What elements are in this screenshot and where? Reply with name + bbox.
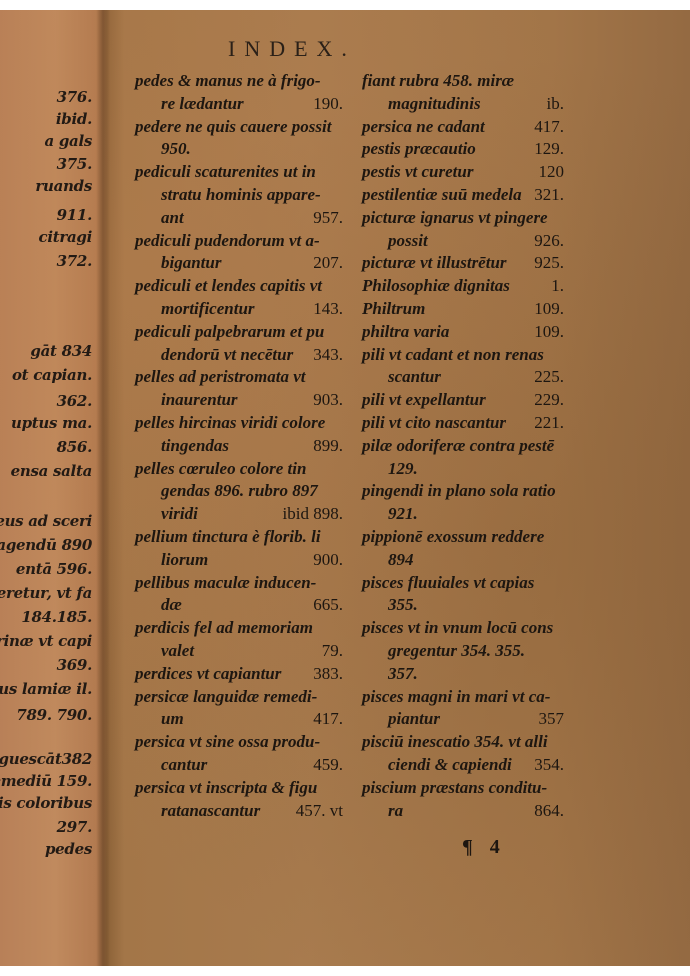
index-term: mortificentur (161, 298, 255, 321)
index-entry: philtra varia109. (362, 321, 564, 344)
page-reference: 900. (313, 549, 343, 572)
index-term: pippionē exossum reddere (362, 526, 544, 549)
page-reference: 903. (313, 389, 343, 412)
index-line: persica vt sine ossa produ- (135, 731, 343, 754)
left-page-fragment: 372. (57, 252, 92, 270)
index-line: persica ne cadant417. (362, 116, 564, 139)
index-term: pediculi pudendorum vt a- (135, 230, 320, 253)
index-line: gregentur 354. 355. (362, 640, 564, 663)
left-page-fragment: 369. (57, 656, 92, 674)
left-page-fragment: 184.185. (21, 608, 92, 626)
index-term: 355. (388, 594, 418, 617)
index-line: pelles ad peristromata vt (135, 366, 343, 389)
index-line: ra864. (362, 800, 564, 823)
left-page-fragment: rinæ vt capi (0, 632, 92, 650)
index-term: piscium præstans conditu- (362, 777, 547, 800)
left-page-fragment: ruands (35, 177, 92, 195)
page-reference: 225. (534, 366, 564, 389)
index-term: pediculi palpebrarum et pu (135, 321, 324, 344)
index-entry: pediculi pudendorum vt a-bigantur207. (135, 230, 343, 276)
page-reference: 665. (313, 594, 343, 617)
index-term: tingendas (161, 435, 229, 458)
index-entry: persicæ languidæ remedi-um417. (135, 686, 343, 732)
left-page-fragment: ibid. (56, 110, 92, 128)
index-term: pediculi scaturenites ut in (135, 161, 316, 184)
index-term: um (161, 708, 184, 731)
index-term: perdicis fel ad memoriam (135, 617, 313, 640)
index-line: pediculi pudendorum vt a- (135, 230, 343, 253)
book-scan: 376.ibid.a gals375.ruands911.citragi372.… (0, 10, 690, 966)
index-entry: persica vt sine ossa produ-cantur459. (135, 731, 343, 777)
page-reference: ib. (547, 93, 564, 116)
index-entry: pili vt cito nascantur221. (362, 412, 564, 435)
index-line: pestis præcautio129. (362, 138, 564, 161)
index-entry: Philosophiæ dignitas1. (362, 275, 564, 298)
page-header: INDEX. (228, 36, 356, 62)
index-entry: pili vt cadant et non renasscantur225. (362, 344, 564, 390)
index-term: persicæ languidæ remedi- (135, 686, 317, 709)
index-term: ratanascantur (161, 800, 260, 823)
index-term: 129. (388, 458, 418, 481)
index-term: bigantur (161, 252, 221, 275)
index-term: 950. (161, 138, 191, 161)
index-line: pediculi palpebrarum et pu (135, 321, 343, 344)
page-reference: 190. (313, 93, 343, 116)
index-entry: pelles ad peristromata vtinaurentur903. (135, 366, 343, 412)
index-term: pili vt cito nascantur (362, 412, 506, 435)
index-term: philtra varia (362, 321, 449, 344)
index-term: scantur (388, 366, 441, 389)
left-page-fragment: ibus lamiæ il. (0, 680, 92, 698)
index-line: pili vt cito nascantur221. (362, 412, 564, 435)
index-line: mortificentur143. (135, 298, 343, 321)
index-term: pestis præcautio (362, 138, 476, 161)
index-term: picturæ vt illustrētur (362, 252, 507, 275)
index-line: pedes & manus ne à frigo- (135, 70, 343, 93)
index-entry: picturæ ignarus vt pingerepossit926. (362, 207, 564, 253)
index-line: scantur225. (362, 366, 564, 389)
index-term: stratu hominis appare- (161, 184, 321, 207)
left-page-fragment: ersis coloribus (0, 794, 92, 812)
index-line: tingendas899. (135, 435, 343, 458)
index-line: philtra varia109. (362, 321, 564, 344)
index-term: dæ (161, 594, 182, 617)
index-entry: pediculi et lendes capitis vtmortificent… (135, 275, 343, 321)
page-reference: 120 (539, 161, 565, 184)
index-term: gregentur 354. 355. (388, 640, 525, 663)
index-line: dæ665. (135, 594, 343, 617)
index-entry: piscium præstans conditu-ra864. (362, 777, 564, 823)
index-entry: pestis præcautio129. (362, 138, 564, 161)
index-line: 357. (362, 663, 564, 686)
left-page-fragment: citragi (39, 228, 92, 246)
index-line: 355. (362, 594, 564, 617)
index-term: viridi (161, 503, 198, 526)
page-reference: 129. (534, 138, 564, 161)
index-line: pedere ne quis cauere possit (135, 116, 343, 139)
index-term: magnitudinis (388, 93, 481, 116)
index-line: pellium tinctura è florib. li (135, 526, 343, 549)
index-term: persica vt inscripta & figu (135, 777, 317, 800)
index-entry: picturæ vt illustrētur925. (362, 252, 564, 275)
index-line: pisces magni in mari vt ca- (362, 686, 564, 709)
index-line: pediculi scaturenites ut in (135, 161, 343, 184)
left-page-fragment: pinguescāt382 (0, 750, 92, 768)
index-line: picturæ vt illustrētur925. (362, 252, 564, 275)
left-page-fragment: 856. (57, 438, 92, 456)
page-reference: 925. (534, 252, 564, 275)
index-line: pediculi et lendes capitis vt (135, 275, 343, 298)
index-entry: persica vt inscripta & figuratanascantur… (135, 777, 343, 823)
index-term: pili vt cadant et non renas (362, 344, 544, 367)
index-term: pedere ne quis cauere possit (135, 116, 331, 139)
index-term: pisces magni in mari vt ca- (362, 686, 550, 709)
index-term: inaurentur (161, 389, 238, 412)
index-entry: perdices vt capiantur383. (135, 663, 343, 686)
index-term: pilæ odoriferæ contra pestē (362, 435, 554, 458)
index-term: piantur (388, 708, 440, 731)
index-term: Philosophiæ dignitas (362, 275, 510, 298)
index-term: Philtrum (362, 298, 425, 321)
page-reference: 109. (534, 298, 564, 321)
left-page-fragment: agendū 890 (0, 536, 92, 554)
index-line: inaurentur903. (135, 389, 343, 412)
index-entry: pediculi scaturenites ut instratu homini… (135, 161, 343, 229)
book-gutter (96, 10, 110, 966)
page-reference: 79. (322, 640, 343, 663)
index-line: pilæ odoriferæ contra pestē (362, 435, 564, 458)
index-term: pediculi et lendes capitis vt (135, 275, 322, 298)
index-line: perdicis fel ad memoriam (135, 617, 343, 640)
index-entry: pellium tinctura è florib. liliorum900. (135, 526, 343, 572)
index-line: magnitudinisib. (362, 93, 564, 116)
index-term: gendas 896. rubro 897 (161, 480, 318, 503)
index-entry: pelles hircinas viridi coloretingendas89… (135, 412, 343, 458)
index-term: pisces fluuiales vt capias (362, 572, 534, 595)
page-reference: 957. (313, 207, 343, 230)
index-column-left: pedes & manus ne à frigo-re lædantur190.… (135, 70, 343, 822)
left-page-edge: 376.ibid.a gals375.ruands911.citragi372.… (0, 10, 100, 966)
page-reference: 926. (534, 230, 564, 253)
index-term: pestis vt curetur (362, 161, 473, 184)
index-line: pisciū inescatio 354. vt alli (362, 731, 564, 754)
index-entry: perdicis fel ad memoriamvalet79. (135, 617, 343, 663)
page-reference: 143. (313, 298, 343, 321)
index-line: dendorū vt necētur343. (135, 344, 343, 367)
index-line: viridiibid 898. (135, 503, 343, 526)
index-line: pili vt cadant et non renas (362, 344, 564, 367)
index-line: 921. (362, 503, 564, 526)
index-line: pisces fluuiales vt capias (362, 572, 564, 595)
index-term: pili vt expellantur (362, 389, 486, 412)
index-term: pisces vt in vnum locū cons (362, 617, 553, 640)
index-term: pellium tinctura è florib. li (135, 526, 321, 549)
index-line: ciendi & capiendi354. (362, 754, 564, 777)
index-line: ant957. (135, 207, 343, 230)
index-term: persica ne cadant (362, 116, 485, 139)
index-term: pestilentiæ suū medela (362, 184, 522, 207)
left-page-fragment: remediū 159. (0, 772, 92, 790)
index-line: persica vt inscripta & figu (135, 777, 343, 800)
index-line: valet79. (135, 640, 343, 663)
index-line: picturæ ignarus vt pingere (362, 207, 564, 230)
index-line: bigantur207. (135, 252, 343, 275)
index-line: pili vt expellantur229. (362, 389, 564, 412)
index-term: pisciū inescatio 354. vt alli (362, 731, 548, 754)
page-reference: 457. vt (296, 800, 343, 823)
index-entry: fiant rubra 458. miræmagnitudinisib. (362, 70, 564, 116)
index-line: pelles cœruleo colore tin (135, 458, 343, 481)
index-line: liorum900. (135, 549, 343, 572)
left-page-fragment: gāt 834 (30, 342, 92, 360)
page-reference: 221. (534, 412, 564, 435)
page-reference: 343. (313, 344, 343, 367)
page-reference: 207. (313, 252, 343, 275)
index-entry: pippionē exossum reddere894 (362, 526, 564, 572)
index-term: perdices vt capiantur (135, 663, 281, 686)
index-term: possit (388, 230, 428, 253)
index-term: persica vt sine ossa produ- (135, 731, 320, 754)
index-line: pellibus maculæ inducen- (135, 572, 343, 595)
page-reference: ibid 898. (283, 503, 343, 526)
index-term: pingendi in plano sola ratio (362, 480, 556, 503)
index-line: ratanascantur457. vt (135, 800, 343, 823)
index-entry: pingendi in plano sola ratio921. (362, 480, 564, 526)
index-line: stratu hominis appare- (135, 184, 343, 207)
page-reference: 1. (551, 275, 564, 298)
page-reference: 109. (534, 321, 564, 344)
left-page-fragment: pedes (45, 840, 92, 858)
index-entry: pelles cœruleo colore tingendas 896. rub… (135, 458, 343, 526)
page-reference: 459. (313, 754, 343, 777)
left-page-fragment: a gals (45, 132, 93, 150)
left-page-fragment: uptus ma. (11, 414, 92, 432)
index-term: pellibus maculæ inducen- (135, 572, 316, 595)
page-reference: 899. (313, 435, 343, 458)
index-line: 129. (362, 458, 564, 481)
index-entry: pediculi palpebrarum et pudendorū vt nec… (135, 321, 343, 367)
left-page-fragment: 376. (57, 88, 92, 106)
index-line: possit926. (362, 230, 564, 253)
index-line: pisces vt in vnum locū cons (362, 617, 564, 640)
index-term: pelles hircinas viridi colore (135, 412, 325, 435)
index-term: ra (388, 800, 403, 823)
index-line: um417. (135, 708, 343, 731)
index-term: ciendi & capiendi (388, 754, 512, 777)
index-entry: pestilentiæ suū medela321. (362, 184, 564, 207)
page-reference: 383. (313, 663, 343, 686)
left-page-fragment: eus ad sceri (0, 512, 92, 530)
index-term: 357. (388, 663, 418, 686)
index-entry: pili vt expellantur229. (362, 389, 564, 412)
index-line: pestilentiæ suū medela321. (362, 184, 564, 207)
index-term: fiant rubra 458. miræ (362, 70, 514, 93)
left-page-fragment: entā 596. (16, 560, 92, 578)
index-line: pelles hircinas viridi colore (135, 412, 343, 435)
index-entry: pisciū inescatio 354. vt alliciendi & ca… (362, 731, 564, 777)
index-term: cantur (161, 754, 207, 777)
index-line: pestis vt curetur120 (362, 161, 564, 184)
index-line: pingendi in plano sola ratio (362, 480, 564, 503)
index-entry: pestis vt curetur120 (362, 161, 564, 184)
page-reference: 417. (313, 708, 343, 731)
signature-mark: ¶ 4 (462, 836, 506, 859)
index-term: picturæ ignarus vt pingere (362, 207, 548, 230)
index-term: pedes & manus ne à frigo- (135, 70, 321, 93)
index-term: pelles ad peristromata vt (135, 366, 305, 389)
index-line: fiant rubra 458. miræ (362, 70, 564, 93)
index-line: cantur459. (135, 754, 343, 777)
index-entry: pisces vt in vnum locū consgregentur 354… (362, 617, 564, 685)
index-line: persicæ languidæ remedi- (135, 686, 343, 709)
index-line: Philosophiæ dignitas1. (362, 275, 564, 298)
index-entry: pedere ne quis cauere possit950. (135, 116, 343, 162)
left-page-fragment: 297. (57, 818, 92, 836)
index-entry: pellibus maculæ inducen-dæ665. (135, 572, 343, 618)
left-page-fragment: deretur, vt fa (0, 584, 92, 602)
index-entry: pilæ odoriferæ contra pestē129. (362, 435, 564, 481)
index-entry: persica ne cadant417. (362, 116, 564, 139)
left-page-fragment: 789. 790. (16, 706, 92, 724)
left-page-fragment: 362. (57, 392, 92, 410)
index-line: 894 (362, 549, 564, 572)
index-line: perdices vt capiantur383. (135, 663, 343, 686)
left-page-fragment: 911. (57, 206, 92, 224)
index-term: dendorū vt necētur (161, 344, 293, 367)
left-page-fragment: ensa salta (11, 462, 92, 480)
page-reference: 357 (539, 708, 565, 731)
index-term: 894 (388, 549, 414, 572)
index-line: re lædantur190. (135, 93, 343, 116)
index-line: piantur357 (362, 708, 564, 731)
index-term: 921. (388, 503, 418, 526)
index-term: pelles cœruleo colore tin (135, 458, 306, 481)
index-entry: pisces fluuiales vt capias355. (362, 572, 564, 618)
index-line: 950. (135, 138, 343, 161)
index-line: piscium præstans conditu- (362, 777, 564, 800)
page-reference: 354. (534, 754, 564, 777)
page-reference: 864. (534, 800, 564, 823)
index-line: gendas 896. rubro 897 (135, 480, 343, 503)
index-term: liorum (161, 549, 208, 572)
index-line: pippionē exossum reddere (362, 526, 564, 549)
index-entry: pedes & manus ne à frigo-re lædantur190. (135, 70, 343, 116)
index-term: re lædantur (161, 93, 244, 116)
page-reference: 417. (534, 116, 564, 139)
index-term: ant (161, 207, 184, 230)
page-reference: 229. (534, 389, 564, 412)
index-line: Philtrum109. (362, 298, 564, 321)
left-page-fragment: 375. (57, 155, 92, 173)
page-reference: 321. (534, 184, 564, 207)
index-term: valet (161, 640, 194, 663)
index-entry: pisces magni in mari vt ca-piantur357 (362, 686, 564, 732)
left-page-fragment: ot capian. (12, 366, 92, 384)
index-column-right: fiant rubra 458. miræmagnitudinisib.pers… (362, 70, 564, 822)
index-entry: Philtrum109. (362, 298, 564, 321)
